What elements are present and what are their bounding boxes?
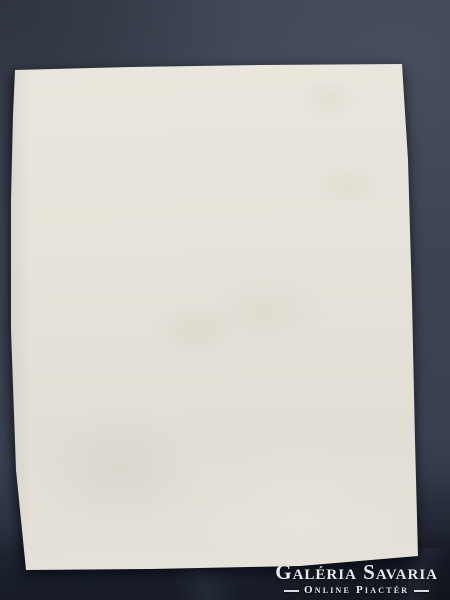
left-dash-line bbox=[284, 590, 299, 592]
paper-sheet bbox=[0, 0, 450, 600]
right-dash-line bbox=[414, 590, 429, 592]
watermark-subtitle-row: Online Piactér bbox=[284, 585, 429, 596]
galeria-savaria-watermark: Galéria Savaria Online Piactér bbox=[275, 562, 438, 596]
photo-blank-paper-on-dark-cloth: Galéria Savaria Online Piactér bbox=[0, 0, 450, 600]
watermark-subtitle: Online Piactér bbox=[304, 585, 409, 596]
watermark-title: Galéria Savaria bbox=[275, 562, 438, 583]
paper-shadow bbox=[0, 0, 450, 600]
